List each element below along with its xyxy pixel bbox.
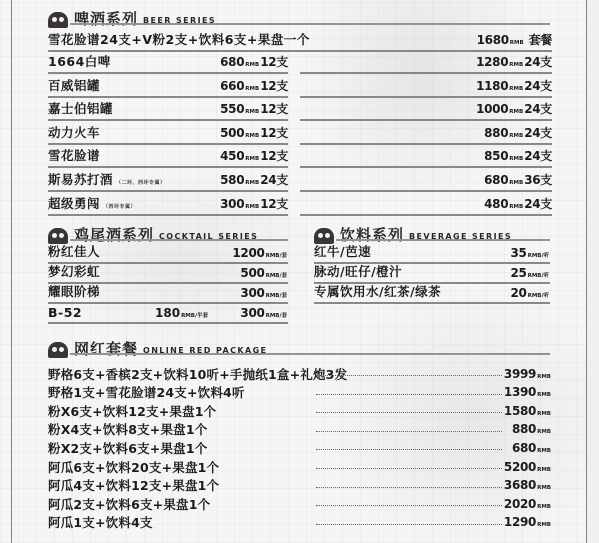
package-row: 粉X2支+饮料6支+果盘1个680RMB	[48, 438, 552, 457]
beer-row: 超级勇闯（西环专属）300RMB12支	[48, 194, 288, 216]
item-price: 35RMB/听	[510, 246, 550, 260]
item-name: 红牛/芭速	[314, 242, 371, 260]
price-large-qty: 880RMB24支	[484, 124, 552, 141]
package-row: 粉X4支+饮料8支+果盘1个880RMB	[48, 420, 552, 439]
cocktail-row: 耀眼阶梯300RMB/套	[48, 284, 288, 304]
price-large-qty: 1280RMB24支	[476, 53, 552, 70]
dot-leader	[316, 449, 502, 450]
package-name: 粉X6支+饮料12支+果盘1个	[48, 402, 216, 420]
item-note: （西环专属）	[103, 204, 136, 210]
package-name: 阿瓜2支+饮料6支+果盘1个	[48, 495, 210, 513]
dot-leader	[316, 412, 502, 413]
item-name: 脉动/旺仔/橙汁	[314, 262, 402, 280]
left-border	[11, 0, 12, 543]
package-header-rule	[70, 353, 550, 355]
price-small-qty: 500RMB12支	[220, 124, 288, 141]
package-row: 野格6支+香槟2支+饮料10听+手抛纸1盒+礼炮3发3999RMB	[48, 364, 552, 383]
beer-row: 斯易苏打酒（二环、西环专属）580RMB24支	[48, 170, 288, 192]
item-name: 专属饮用水/红茶/绿茶	[314, 282, 441, 300]
item-note: （二环、西环专属）	[116, 180, 166, 186]
cocktail-row: 粉红佳人1200RMB/套	[48, 244, 288, 264]
beer-row-large: 680RMB36支	[300, 170, 552, 192]
cocktail-row: 梦幻彩虹500RMB/套	[48, 264, 288, 284]
item-name: 梦幻彩虹	[48, 262, 100, 280]
price-small-qty: 680RMB12支	[220, 53, 288, 70]
beer-row: 动力火车500RMB12支	[48, 123, 288, 145]
price-large-qty: 680RMB36支	[484, 171, 552, 188]
beverage-title-en: BEVERAGE SERIES	[409, 232, 512, 244]
price-small-qty: 580RMB24支	[220, 171, 288, 188]
beer-row-large: 850RMB24支	[300, 146, 552, 168]
item-name: 嘉士伯铝罐	[48, 99, 116, 117]
beverage-header-rule	[336, 239, 550, 241]
price-small-qty: 300RMB12支	[220, 195, 288, 212]
beer-row-large: 1280RMB24支	[300, 52, 552, 74]
package-price: 1580RMB	[504, 404, 552, 418]
package-price: 880RMB	[512, 422, 552, 436]
price-small-qty: 450RMB12支	[220, 147, 288, 164]
package-name: 粉X2支+饮料6支+果盘1个	[48, 439, 207, 457]
item-price: 25RMB/听	[510, 266, 550, 280]
half-set-price: 180RMB/半套	[155, 306, 209, 320]
package-name: 阿瓜1支+饮料4支	[48, 513, 153, 531]
package-price: 5200RMB	[504, 460, 552, 474]
set-price: 500RMB/套	[240, 266, 288, 280]
dot-leader	[316, 394, 502, 395]
beer-row-large: 1180RMB24支	[300, 76, 552, 98]
price-large-qty: 1000RMB24支	[476, 100, 552, 117]
package-price: 3999RMB	[504, 367, 552, 381]
dot-leader	[316, 375, 502, 376]
beverage-row: 脉动/旺仔/橙汁25RMB/听	[314, 264, 550, 284]
package-price: 680RMB	[512, 441, 552, 455]
price-large-qty: 480RMB24支	[484, 195, 552, 212]
set-price: 300RMB/套	[240, 286, 288, 300]
item-name: 百威铝罐	[48, 76, 103, 94]
beer-title-cn: 啤酒系列	[74, 10, 138, 28]
item-name: 斯易苏打酒（二环、西环专属）	[48, 170, 166, 188]
set-price: 1200RMB/套	[232, 246, 288, 260]
dot-leader	[316, 524, 502, 525]
item-name: 雪花脸谱	[48, 146, 103, 164]
package-row: 粉X6支+饮料12支+果盘1个1580RMB	[48, 401, 552, 420]
cocktail-row: B-52180RMB/半套300RMB/套	[48, 304, 288, 324]
package-title-cn: 网红套餐	[74, 340, 138, 358]
item-name: 粉红佳人	[48, 242, 100, 260]
beer-row: 1664白啤680RMB12支	[48, 52, 288, 74]
dot-leader	[316, 468, 502, 469]
price-large-qty: 1180RMB24支	[476, 77, 552, 94]
package-price: 3680RMB	[504, 478, 552, 492]
price-small-qty: 660RMB12支	[220, 77, 288, 94]
package-row: 阿瓜1支+饮料4支1290RMB	[48, 513, 552, 532]
package-name: 阿瓜4支+饮料12支+果盘1个	[48, 476, 219, 494]
ghost-icon	[48, 342, 68, 358]
item-name: B-52	[48, 305, 82, 320]
beer-row-large: 1000RMB24支	[300, 99, 552, 121]
dot-leader	[316, 505, 502, 506]
set-price: 300RMB/套	[240, 306, 288, 320]
item-price: 1680RMB 套餐	[477, 31, 552, 48]
beer-row: 雪花脸谱450RMB12支	[48, 146, 288, 168]
price-large-qty: 850RMB24支	[484, 147, 552, 164]
dot-leader	[316, 431, 502, 432]
package-title-en: ONLINE RED PACKAGE	[143, 346, 267, 358]
package-name: 野格1支+雪花脸谱24支+饮料4听	[48, 383, 245, 401]
beverage-row: 专属饮用水/红茶/绿茶20RMB/听	[314, 284, 550, 304]
package-price: 1390RMB	[504, 385, 552, 399]
cocktail-header-rule	[70, 239, 288, 241]
item-name: 超级勇闯（西环专属）	[48, 194, 136, 212]
right-margin	[587, 0, 599, 543]
package-row: 野格1支+雪花脸谱24支+饮料4听1390RMB	[48, 383, 552, 402]
dot-leader	[316, 487, 502, 488]
ghost-icon	[48, 12, 68, 28]
item-name: 动力火车	[48, 123, 103, 141]
item-name: 雪花脸谱24支+V粉2支+饮料6支+果盘一个	[48, 30, 310, 48]
package-row: 阿瓜2支+饮料6支+果盘1个2020RMB	[48, 494, 552, 513]
package-price: 2020RMB	[504, 497, 552, 511]
price-small-qty: 550RMB12支	[220, 100, 288, 117]
beer-combo-row: 雪花脸谱24支+V粉2支+饮料6支+果盘一个 1680RMB 套餐	[48, 30, 552, 52]
package-row: 阿瓜6支+饮料20支+果盘1个5200RMB	[48, 457, 552, 476]
package-name: 粉X4支+饮料8支+果盘1个	[48, 420, 207, 438]
beverage-row: 红牛/芭速35RMB/听	[314, 244, 550, 264]
beer-title-en: BEER SERIES	[143, 16, 216, 28]
package-row: 阿瓜4支+饮料12支+果盘1个3680RMB	[48, 476, 552, 495]
beer-row-large: 480RMB24支	[300, 194, 552, 216]
beer-header-rule	[70, 23, 550, 25]
package-price: 1290RMB	[504, 515, 552, 529]
package-name: 阿瓜6支+饮料20支+果盘1个	[48, 458, 219, 476]
beer-row: 嘉士伯铝罐550RMB12支	[48, 99, 288, 121]
beer-row-large: 880RMB24支	[300, 123, 552, 145]
item-name: 耀眼阶梯	[48, 282, 100, 300]
package-name: 野格6支+香槟2支+饮料10听+手抛纸1盒+礼炮3发	[48, 365, 347, 383]
item-name: 1664白啤	[48, 52, 114, 70]
beer-row: 百威铝罐660RMB12支	[48, 76, 288, 98]
cocktail-title-en: COCKTAIL SERIES	[159, 232, 258, 244]
item-price: 20RMB/听	[510, 286, 550, 300]
